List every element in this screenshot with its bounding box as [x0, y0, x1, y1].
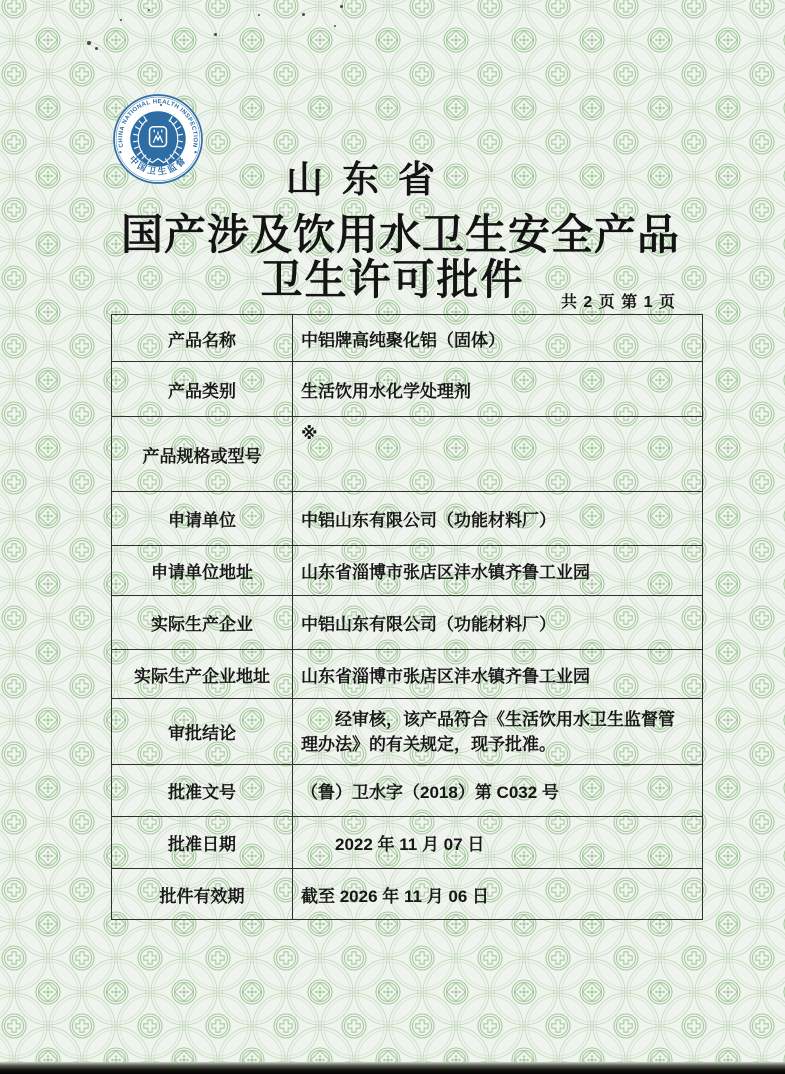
scan-speck [302, 13, 305, 16]
table-row: 批准文号（鲁）卫水字（2018）第 C032 号 [112, 764, 702, 816]
row-label: 实际生产企业地址 [112, 650, 293, 698]
scan-speck [87, 41, 91, 45]
scan-speck [258, 14, 260, 16]
table-row: 实际生产企业地址山东省淄博市张店区沣水镇齐鲁工业园 [112, 649, 702, 698]
row-label: 申请单位 [112, 492, 293, 545]
table-row: 审批结论经审核，该产品符合《生活饮用水卫生监督管理办法》的有关规定，现予批准。 [112, 698, 702, 764]
row-label: 产品名称 [112, 315, 293, 361]
table-row: 批准日期2022 年 11 月 07 日 [112, 816, 702, 868]
scan-speck [148, 9, 150, 11]
row-value: 中铝山东有限公司（功能材料厂） [293, 492, 702, 545]
table-row: 实际生产企业中铝山东有限公司（功能材料厂） [112, 595, 702, 649]
row-value: 山东省淄博市张店区沣水镇齐鲁工业园 [293, 650, 702, 698]
row-value: 截至 2026 年 11 月 06 日 [293, 869, 702, 919]
scan-edge [0, 1062, 785, 1074]
row-value: 山东省淄博市张店区沣水镇齐鲁工业园 [293, 546, 702, 595]
table-row: 产品名称中铝牌高纯聚化铝（固体） [112, 315, 702, 361]
row-label: 批准文号 [112, 765, 293, 816]
row-value: 中铝牌高纯聚化铝（固体） [293, 315, 702, 361]
row-label: 批准日期 [112, 817, 293, 868]
row-value: （鲁）卫水字（2018）第 C032 号 [293, 765, 702, 816]
row-value: 经审核，该产品符合《生活饮用水卫生监督管理办法》的有关规定，现予批准。 [293, 699, 702, 764]
scan-speck [340, 5, 343, 8]
row-label: 审批结论 [112, 699, 293, 764]
row-value: ※ [293, 417, 702, 491]
row-value: 生活饮用水化学处理剂 [293, 362, 702, 416]
scan-speck [334, 25, 336, 27]
certificate-page: CHINA NATIONAL HEALTH INSPECTION 中国卫生监督 … [0, 0, 785, 1074]
table-row: 产品类别生活饮用水化学处理剂 [112, 361, 702, 416]
row-label: 产品规格或型号 [112, 417, 293, 491]
row-value: 2022 年 11 月 07 日 [293, 817, 702, 868]
row-label: 申请单位地址 [112, 546, 293, 595]
table-row: 批件有效期截至 2026 年 11 月 06 日 [112, 868, 702, 919]
row-label: 批件有效期 [112, 869, 293, 919]
table-row: 申请单位中铝山东有限公司（功能材料厂） [112, 491, 702, 545]
table-row: 申请单位地址山东省淄博市张店区沣水镇齐鲁工业园 [112, 545, 702, 595]
approval-table: 产品名称中铝牌高纯聚化铝（固体）产品类别生活饮用水化学处理剂产品规格或型号※申请… [111, 314, 703, 920]
scan-speck [120, 19, 122, 21]
scan-speck [160, 104, 162, 106]
page-indicator: 共 2 页 第 1 页 [0, 289, 676, 312]
row-label: 产品类别 [112, 362, 293, 416]
province-title: 山东省 [0, 149, 740, 203]
table-row: 产品规格或型号※ [112, 416, 702, 491]
row-value: 中铝山东有限公司（功能材料厂） [293, 596, 702, 649]
scan-speck [95, 47, 98, 50]
row-label: 实际生产企业 [112, 596, 293, 649]
scan-speck [214, 33, 217, 36]
